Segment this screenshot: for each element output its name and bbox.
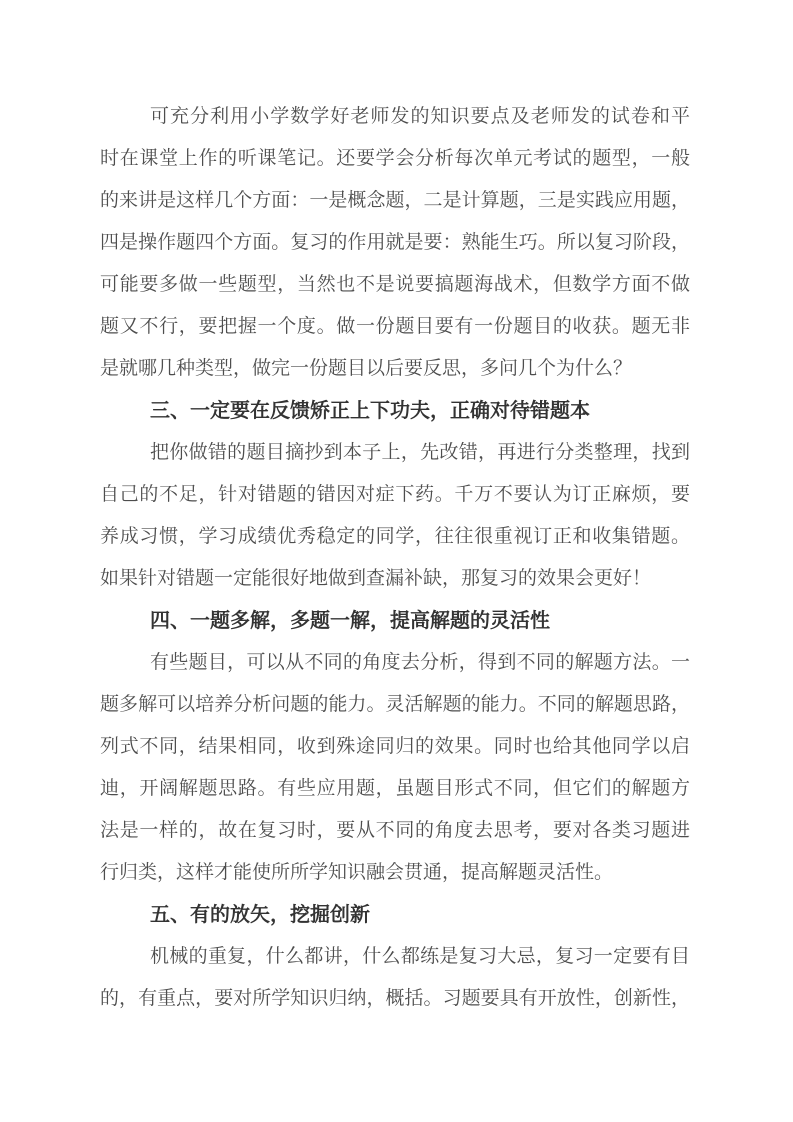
text-line: 法是一样的，故在复习时，要从不同的角度去思考，要对各类习题进: [100, 810, 690, 852]
text-line: 行归类，这样才能使所所学知识融会贯通，提高解题灵活性。: [100, 852, 690, 894]
text-line: 如果针对错题一定能很好地做到查漏补缺，那复习的效果会更好！: [100, 558, 690, 600]
text-line: 机械的重复，什么都讲，什么都练是复习大忌，复习一定要有目: [100, 936, 690, 978]
text-line: 时在课堂上作的听课笔记。还要学会分析每次单元考试的题型，一般: [100, 138, 690, 180]
text-line: 可能要多做一些题型，当然也不是说要搞题海战术，但数学方面不做: [100, 264, 690, 306]
text-line: 把你做错的题目摘抄到本子上，先改错，再进行分类整理，找到: [100, 432, 690, 474]
text-line: 迪，开阔解题思路。有些应用题，虽题目形式不同，但它们的解题方: [100, 768, 690, 810]
text-line: 可充分利用小学数学好老师发的知识要点及老师发的试卷和平: [100, 96, 690, 138]
section-heading-5: 五、有的放矢，挖掘创新: [100, 894, 690, 936]
text-line: 有些题目，可以从不同的角度去分析，得到不同的解题方法。一: [100, 642, 690, 684]
text-line: 四是操作题四个方面。复习的作用就是要：熟能生巧。所以复习阶段，: [100, 222, 690, 264]
document-page: 可充分利用小学数学好老师发的知识要点及老师发的试卷和平 时在课堂上作的听课笔记。…: [0, 0, 793, 1122]
text-line: 题多解可以培养分析问题的能力。灵活解题的能力。不同的解题思路，: [100, 684, 690, 726]
text-line: 题又不行，要把握一个度。做一份题目要有一份题目的收获。题无非: [100, 306, 690, 348]
section-heading-3: 三、一定要在反馈矫正上下功夫，正确对待错题本: [100, 390, 690, 432]
text-line: 的来讲是这样几个方面：一是概念题，二是计算题，三是实践应用题，: [100, 180, 690, 222]
text-line: 的，有重点，要对所学知识归纳，概括。习题要具有开放性，创新性，: [100, 978, 690, 1020]
text-line: 列式不同，结果相同，收到殊途同归的效果。同时也给其他同学以启: [100, 726, 690, 768]
text-line: 养成习惯，学习成绩优秀稳定的同学，往往很重视订正和收集错题。: [100, 516, 690, 558]
section-heading-4: 四、一题多解，多题一解，提高解题的灵活性: [100, 600, 690, 642]
document-text-block: 可充分利用小学数学好老师发的知识要点及老师发的试卷和平 时在课堂上作的听课笔记。…: [100, 96, 690, 1020]
text-line: 自己的不足，针对错题的错因对症下药。千万不要认为订正麻烦，要: [100, 474, 690, 516]
text-line: 是就哪几种类型，做完一份题目以后要反思，多问几个为什么？: [100, 348, 690, 390]
